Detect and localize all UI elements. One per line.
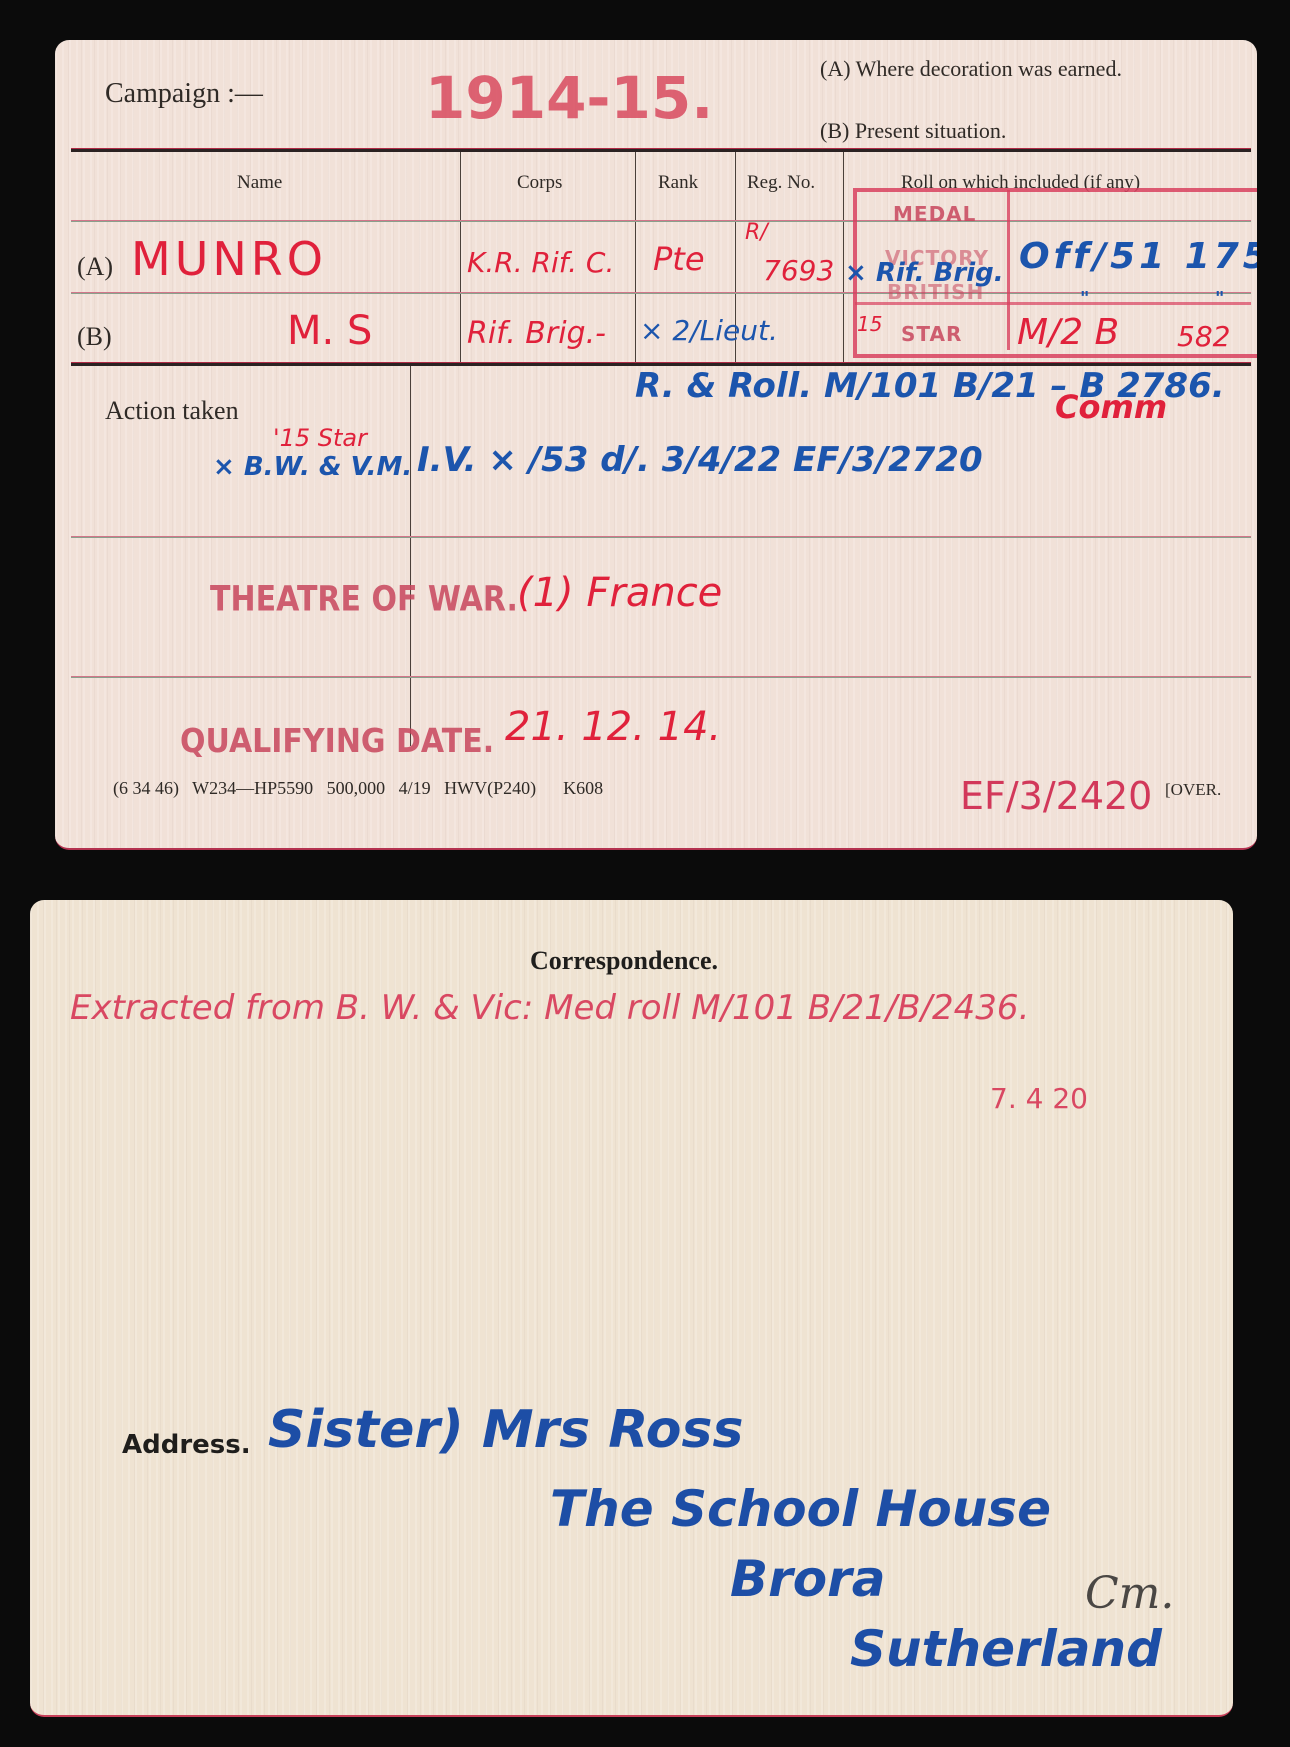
- action-taken-label: Action taken: [105, 396, 239, 426]
- medal-index-card-front: Campaign :— 1914-15. (A) Where decoratio…: [55, 40, 1257, 850]
- row-b-roll-value-2: 582: [1177, 320, 1230, 353]
- address-line-2: The School House: [550, 1480, 1051, 1538]
- row-a-corps: K.R. Rif. C.: [467, 246, 614, 279]
- print-code: (6 34 46) W234—HP5590 500,000 4/19 HWV(P…: [113, 778, 603, 799]
- address-line-4: Sutherland: [850, 1620, 1162, 1678]
- campaign-value: 1914-15.: [425, 64, 713, 132]
- correspondence-note-date: 7. 4 20: [990, 1082, 1088, 1115]
- theatre-label: THEATRE OF WAR.: [210, 579, 518, 619]
- campaign-label: Campaign :—: [105, 78, 263, 110]
- address-mark: Cm.: [1085, 1568, 1174, 1619]
- correspondence-note: Extracted from B. W. & Vic: Med roll M/1…: [70, 988, 1029, 1028]
- address-line-3: Brora: [730, 1550, 886, 1608]
- row-b-ditto-1: ": [1080, 288, 1089, 309]
- row-b-rank: × 2/Lieut.: [640, 314, 778, 347]
- row-a-reg-no: 7693: [763, 254, 834, 287]
- theatre-rule: [71, 676, 1251, 678]
- row-a-reg-prefix: R/: [745, 220, 768, 245]
- address-label: Address.: [122, 1430, 251, 1460]
- stamp-star: STAR: [901, 322, 962, 346]
- row-a-rank: Ptе: [653, 240, 705, 278]
- stamp-divider: [1007, 190, 1010, 350]
- qualifying-label: QUALIFYING DATE.: [180, 722, 494, 761]
- row-b-roll-value-1: M/2 B: [1017, 312, 1119, 353]
- action-comm-note: Comm: [1055, 388, 1167, 426]
- medal-index-card-back: Correspondence. Extracted from B. W. & V…: [30, 900, 1233, 1717]
- row-a-roll-corps-overwrite: × Rif. Brig.: [845, 258, 1004, 288]
- column-header-rank: Rank: [658, 172, 698, 194]
- column-header-name: Name: [237, 172, 282, 194]
- column-header-reg-no: Reg. No.: [747, 172, 815, 194]
- col-divider: [460, 152, 461, 364]
- qualifying-value: 21. 12. 14.: [505, 704, 721, 750]
- stamp-medal: MEDAL: [893, 202, 976, 226]
- col-divider: [843, 152, 844, 364]
- action-star-note: '15 Star: [273, 424, 367, 452]
- theatre-value: (1) France: [517, 570, 722, 616]
- row-a-roll-value: Off/51 175: [1019, 236, 1257, 277]
- action-divider: [410, 366, 411, 746]
- legend-b: (B) Present situation.: [820, 118, 1006, 144]
- row-b-corps: Rif. Brig.-: [467, 316, 606, 351]
- row-a-name: MUNRO: [131, 232, 327, 286]
- row-b-marker: (B): [77, 322, 112, 352]
- column-header-corps: Corps: [517, 172, 562, 194]
- row-a-marker: (A): [77, 252, 113, 282]
- col-divider: [635, 152, 636, 364]
- reference-stamp: EF/3/2420: [960, 774, 1152, 818]
- address-line-1: Sister) Mrs Ross: [268, 1400, 743, 1460]
- action-bwm-note: × B.W. & V.M.: [213, 452, 412, 482]
- row-b-roll-prefix: 15: [857, 312, 882, 336]
- legend-a: (A) Where decoration was earned.: [820, 56, 1122, 82]
- header-rule: [71, 148, 1251, 152]
- over-label: [OVER.: [1165, 780, 1221, 800]
- correspondence-title: Correspondence.: [530, 946, 718, 976]
- action-issue-ref: I.V. × /53 d/. 3/4/22 EF/3/2720: [417, 440, 983, 480]
- row-b-ditto-2: ": [1215, 288, 1224, 309]
- row-b-name: M. S: [287, 308, 372, 354]
- action-rule: [71, 536, 1251, 538]
